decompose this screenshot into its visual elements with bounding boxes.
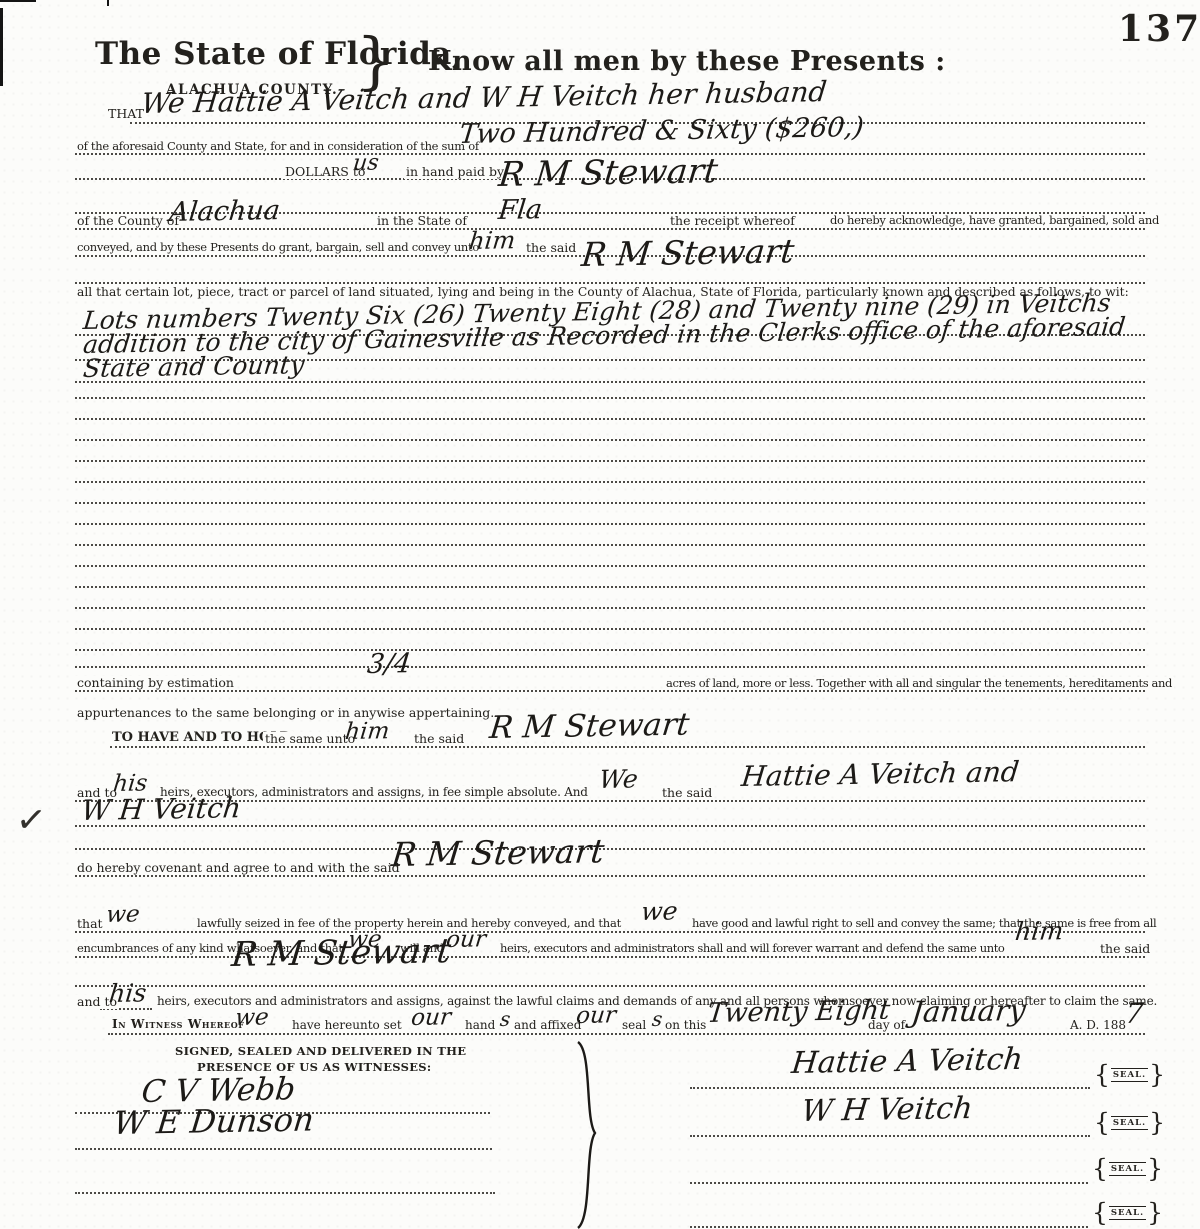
in-witness-label: In Witness Whereof [110,1018,247,1031]
seal-stamp: { SEAL. } [1094,1110,1165,1135]
seal-label-text: SEAL. [1109,1206,1146,1220]
witness-our2-handwritten: our [575,1004,617,1028]
dotted-line [75,381,1145,383]
seal-brace-left: { [1092,1200,1108,1225]
dotted-line [75,228,1145,230]
amount-handwritten: Two Hundred & Sixty ($260,) [458,114,865,148]
blank-ruled-line [75,666,1145,668]
blank-ruled-line [75,544,1145,546]
dotted-line [75,825,1145,827]
seal-label-text: SEAL. [1109,1162,1146,1176]
affixed-label: and affixed [512,1019,583,1032]
covenant-grantor2-handwritten: W H Veitch [80,794,242,825]
blank-ruled-line [75,523,1145,525]
blank-ruled-line [75,502,1145,504]
dotted-line [110,746,1145,748]
warranty-his-handwritten: his [108,980,148,1006]
grantor-signature-2: W H Veitch [800,1094,974,1127]
description-line3-handwritten: State and County [82,352,305,381]
dotted-line [75,875,1145,877]
proclamation: Know all men by these Presents : [428,46,946,77]
covenant-grantors-handwritten: Hattie A Veitch and [740,758,1020,791]
unto-handwritten: him [468,228,517,253]
month-handwritten: January [910,996,1027,1027]
in-hand-label: in hand paid by [404,165,506,179]
signed-sealed-heading1: SIGNED, SEALED AND DELIVERED IN THE [175,1044,466,1058]
scan-edge-artifact [107,0,109,6]
hand-label: hand [463,1019,497,1032]
blank-ruled-line [75,460,1145,462]
blank-ruled-line [75,439,1145,441]
day-handwritten: Twenty Eight [706,997,891,1027]
warranty-grantee-handwritten: R M Stewart [230,934,452,972]
seal-s-handwritten: s [651,1009,663,1029]
the-said-label: the said [524,241,578,255]
seal-label-text: SEAL. [1111,1116,1148,1130]
acres-line: acres of land, more or less. Together wi… [664,677,1174,690]
year-handwritten: 7 [1124,1000,1145,1028]
hold-said-label: the said [412,732,466,746]
appurtenances-line: appurtenances to the same belonging or i… [75,706,496,720]
hand-s-handwritten: s [499,1009,511,1029]
dotted-line [75,282,1145,284]
covenant-line: do hereby covenant and agree to and with… [75,861,402,875]
we-handwritten: We [598,766,639,792]
hold-grantee-handwritten: R M Stewart [488,710,691,744]
witness-signature-2: W E Dunson [112,1104,316,1139]
blank-ruled-line [75,649,1145,651]
dotted-line [108,1033,1145,1035]
warranty-we2-handwritten: we [640,898,679,924]
dotted-line [690,1135,1090,1137]
right-line: have good and lawful right to sell and c… [690,917,1158,930]
dotted-line [75,931,1145,933]
checkmark-icon: ✓ [14,799,48,843]
dotted-line [75,690,1145,692]
grantee-signature-handwritten: R M Stewart [580,234,796,271]
acknowledge-line: do hereby acknowledge, have granted, bar… [828,214,1161,227]
warranty-we1-handwritten: we [105,903,141,927]
dotted-line [75,1148,492,1150]
on-this-label: on this [663,1019,708,1032]
witness-brace [572,1040,602,1229]
blank-ruled-line [75,628,1145,630]
receipt-label: the receipt whereof [668,214,797,228]
seal-brace-left: { [1094,1062,1110,1087]
blank-ruled-line [75,418,1145,420]
county-label: of the County of [75,214,181,228]
consideration-line: of the aforesaid County and State, for a… [75,140,481,153]
defend-line: heirs, executors and administrators shal… [498,942,1006,955]
seal-brace-right: } [1149,1110,1165,1135]
scan-edge-artifact [0,0,36,2]
scan-edge-artifact [0,8,3,86]
ad-label: A. D. 188 [1068,1019,1128,1032]
hold-unto-handwritten: him [344,720,390,744]
blank-ruled-line [75,848,1145,850]
blank-ruled-line [75,481,1145,483]
payee-handwritten: us [352,153,380,175]
dotted-line [75,985,1145,987]
state-handwritten: Fla [497,196,543,224]
seal-stamp: { SEAL. } [1094,1062,1165,1087]
acreage-handwritten: 3/4 [366,650,412,678]
witness-we-handwritten: we [234,1006,270,1030]
blank-ruled-line [75,397,1145,399]
seal-label: seal [620,1019,648,1032]
him-handwritten: him [1014,918,1065,944]
set-label: have hereunto set [290,1019,404,1032]
state-title: The State of Florida, [95,36,463,72]
containing-label: containing by estimation [75,676,236,690]
seal-label-text: SEAL. [1111,1068,1148,1082]
page-number: 137 [1118,8,1200,50]
seal-brace-left: { [1094,1110,1110,1135]
witness-our1-handwritten: our [410,1006,452,1030]
dotted-line [690,1087,1090,1089]
blank-ruled-line [75,607,1145,609]
seal-stamp: { SEAL. } [1092,1156,1163,1181]
grantor-signature-1: Hattie A Veitch [790,1045,1024,1079]
covenant-grantee-handwritten: R M Stewart [390,834,606,871]
seal-brace-right: } [1147,1200,1163,1225]
blank-ruled-line [75,586,1145,588]
warranty-that-label: that [75,917,105,931]
seal-brace-left: { [1092,1156,1108,1181]
dotted-line [75,1192,495,1194]
warranty-said-label: the said [1098,942,1152,956]
seized-line: lawfully seized in fee of the property h… [195,917,623,930]
dotted-line [690,1182,1088,1184]
state-label: in the State of [375,214,469,228]
covenant-said-label: the said [660,786,714,800]
payer-signature-handwritten: R M Stewart [497,154,719,192]
seal-stamp: { SEAL. } [1092,1200,1163,1225]
seal-brace-right: } [1149,1062,1165,1087]
conveyed-line: conveyed, and by these Presents do grant… [75,241,481,254]
blank-ruled-line [75,565,1145,567]
county-handwritten: Alachua [168,197,281,226]
dotted-line [690,1226,1088,1228]
day-of-label: day of [866,1019,907,1032]
seal-brace-right: } [1147,1156,1163,1181]
